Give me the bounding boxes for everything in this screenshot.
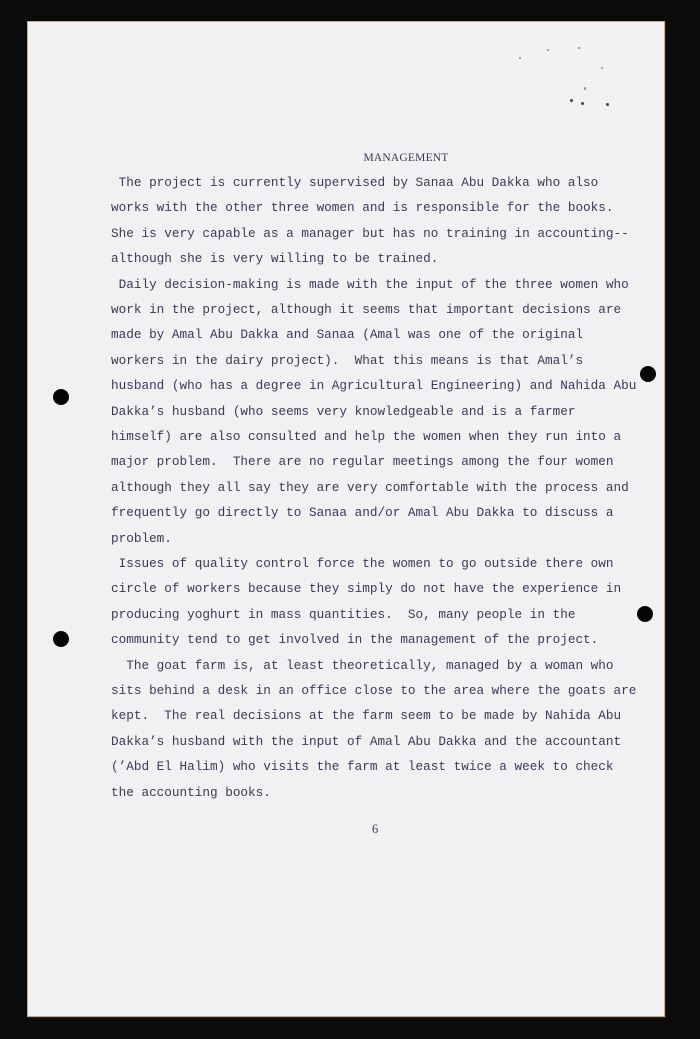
text-line: The project is currently supervised by S… xyxy=(111,170,598,195)
text-line: circle of workers because they simply do… xyxy=(111,576,621,601)
paper-speck xyxy=(519,57,521,59)
text-line: problem. xyxy=(111,526,172,551)
paper-speck xyxy=(584,87,586,89)
paper-speck xyxy=(581,102,584,105)
text-line: work in the project, although it seems t… xyxy=(111,297,621,322)
paper-speck xyxy=(601,67,603,69)
text-line: although they all say they are very comf… xyxy=(111,475,629,500)
text-line: Dakka’s husband with the input of Amal A… xyxy=(111,729,621,754)
text-line: Dakka’s husband (who seems very knowledg… xyxy=(111,399,575,424)
text-line: major problem. There are no regular meet… xyxy=(111,449,614,474)
paper-speck xyxy=(578,47,580,49)
text-line: works with the other three women and is … xyxy=(111,195,614,220)
paper-speck xyxy=(606,103,609,106)
text-line: The goat farm is, at least theoretically… xyxy=(111,653,614,678)
paper-speck xyxy=(570,99,573,102)
text-line: made by Amal Abu Dakka and Sanaa (Amal w… xyxy=(111,322,583,347)
document-page: MANAGEMENT The project is currently supe… xyxy=(28,22,664,1016)
punch-hole-right-upper xyxy=(640,366,656,382)
paper-speck xyxy=(547,49,549,51)
text-line: frequently go directly to Sanaa and/or A… xyxy=(111,500,614,525)
text-line: the accounting books. xyxy=(111,780,271,805)
text-line: (’Abd El Halim) who visits the farm at l… xyxy=(111,754,614,779)
text-line: She is very capable as a manager but has… xyxy=(111,221,629,246)
page-number: 6 xyxy=(372,822,378,837)
punch-hole-right-lower xyxy=(637,606,653,622)
text-line: although she is very willing to be train… xyxy=(111,246,438,271)
text-line: himself) are also consulted and help the… xyxy=(111,424,621,449)
text-line: kept. The real decisions at the farm see… xyxy=(111,703,621,728)
punch-hole-left-lower xyxy=(53,631,69,647)
punch-hole-left-upper xyxy=(53,389,69,405)
text-line: Daily decision-making is made with the i… xyxy=(111,272,629,297)
text-line: sits behind a desk in an office close to… xyxy=(111,678,636,703)
text-line: community tend to get involved in the ma… xyxy=(111,627,598,652)
text-line: workers in the dairy project). What this… xyxy=(111,348,583,373)
section-heading: MANAGEMENT xyxy=(111,148,671,168)
text-line: husband (who has a degree in Agricultura… xyxy=(111,373,636,398)
text-line: Issues of quality control force the wome… xyxy=(111,551,614,576)
text-line: producing yoghurt in mass quantities. So… xyxy=(111,602,575,627)
